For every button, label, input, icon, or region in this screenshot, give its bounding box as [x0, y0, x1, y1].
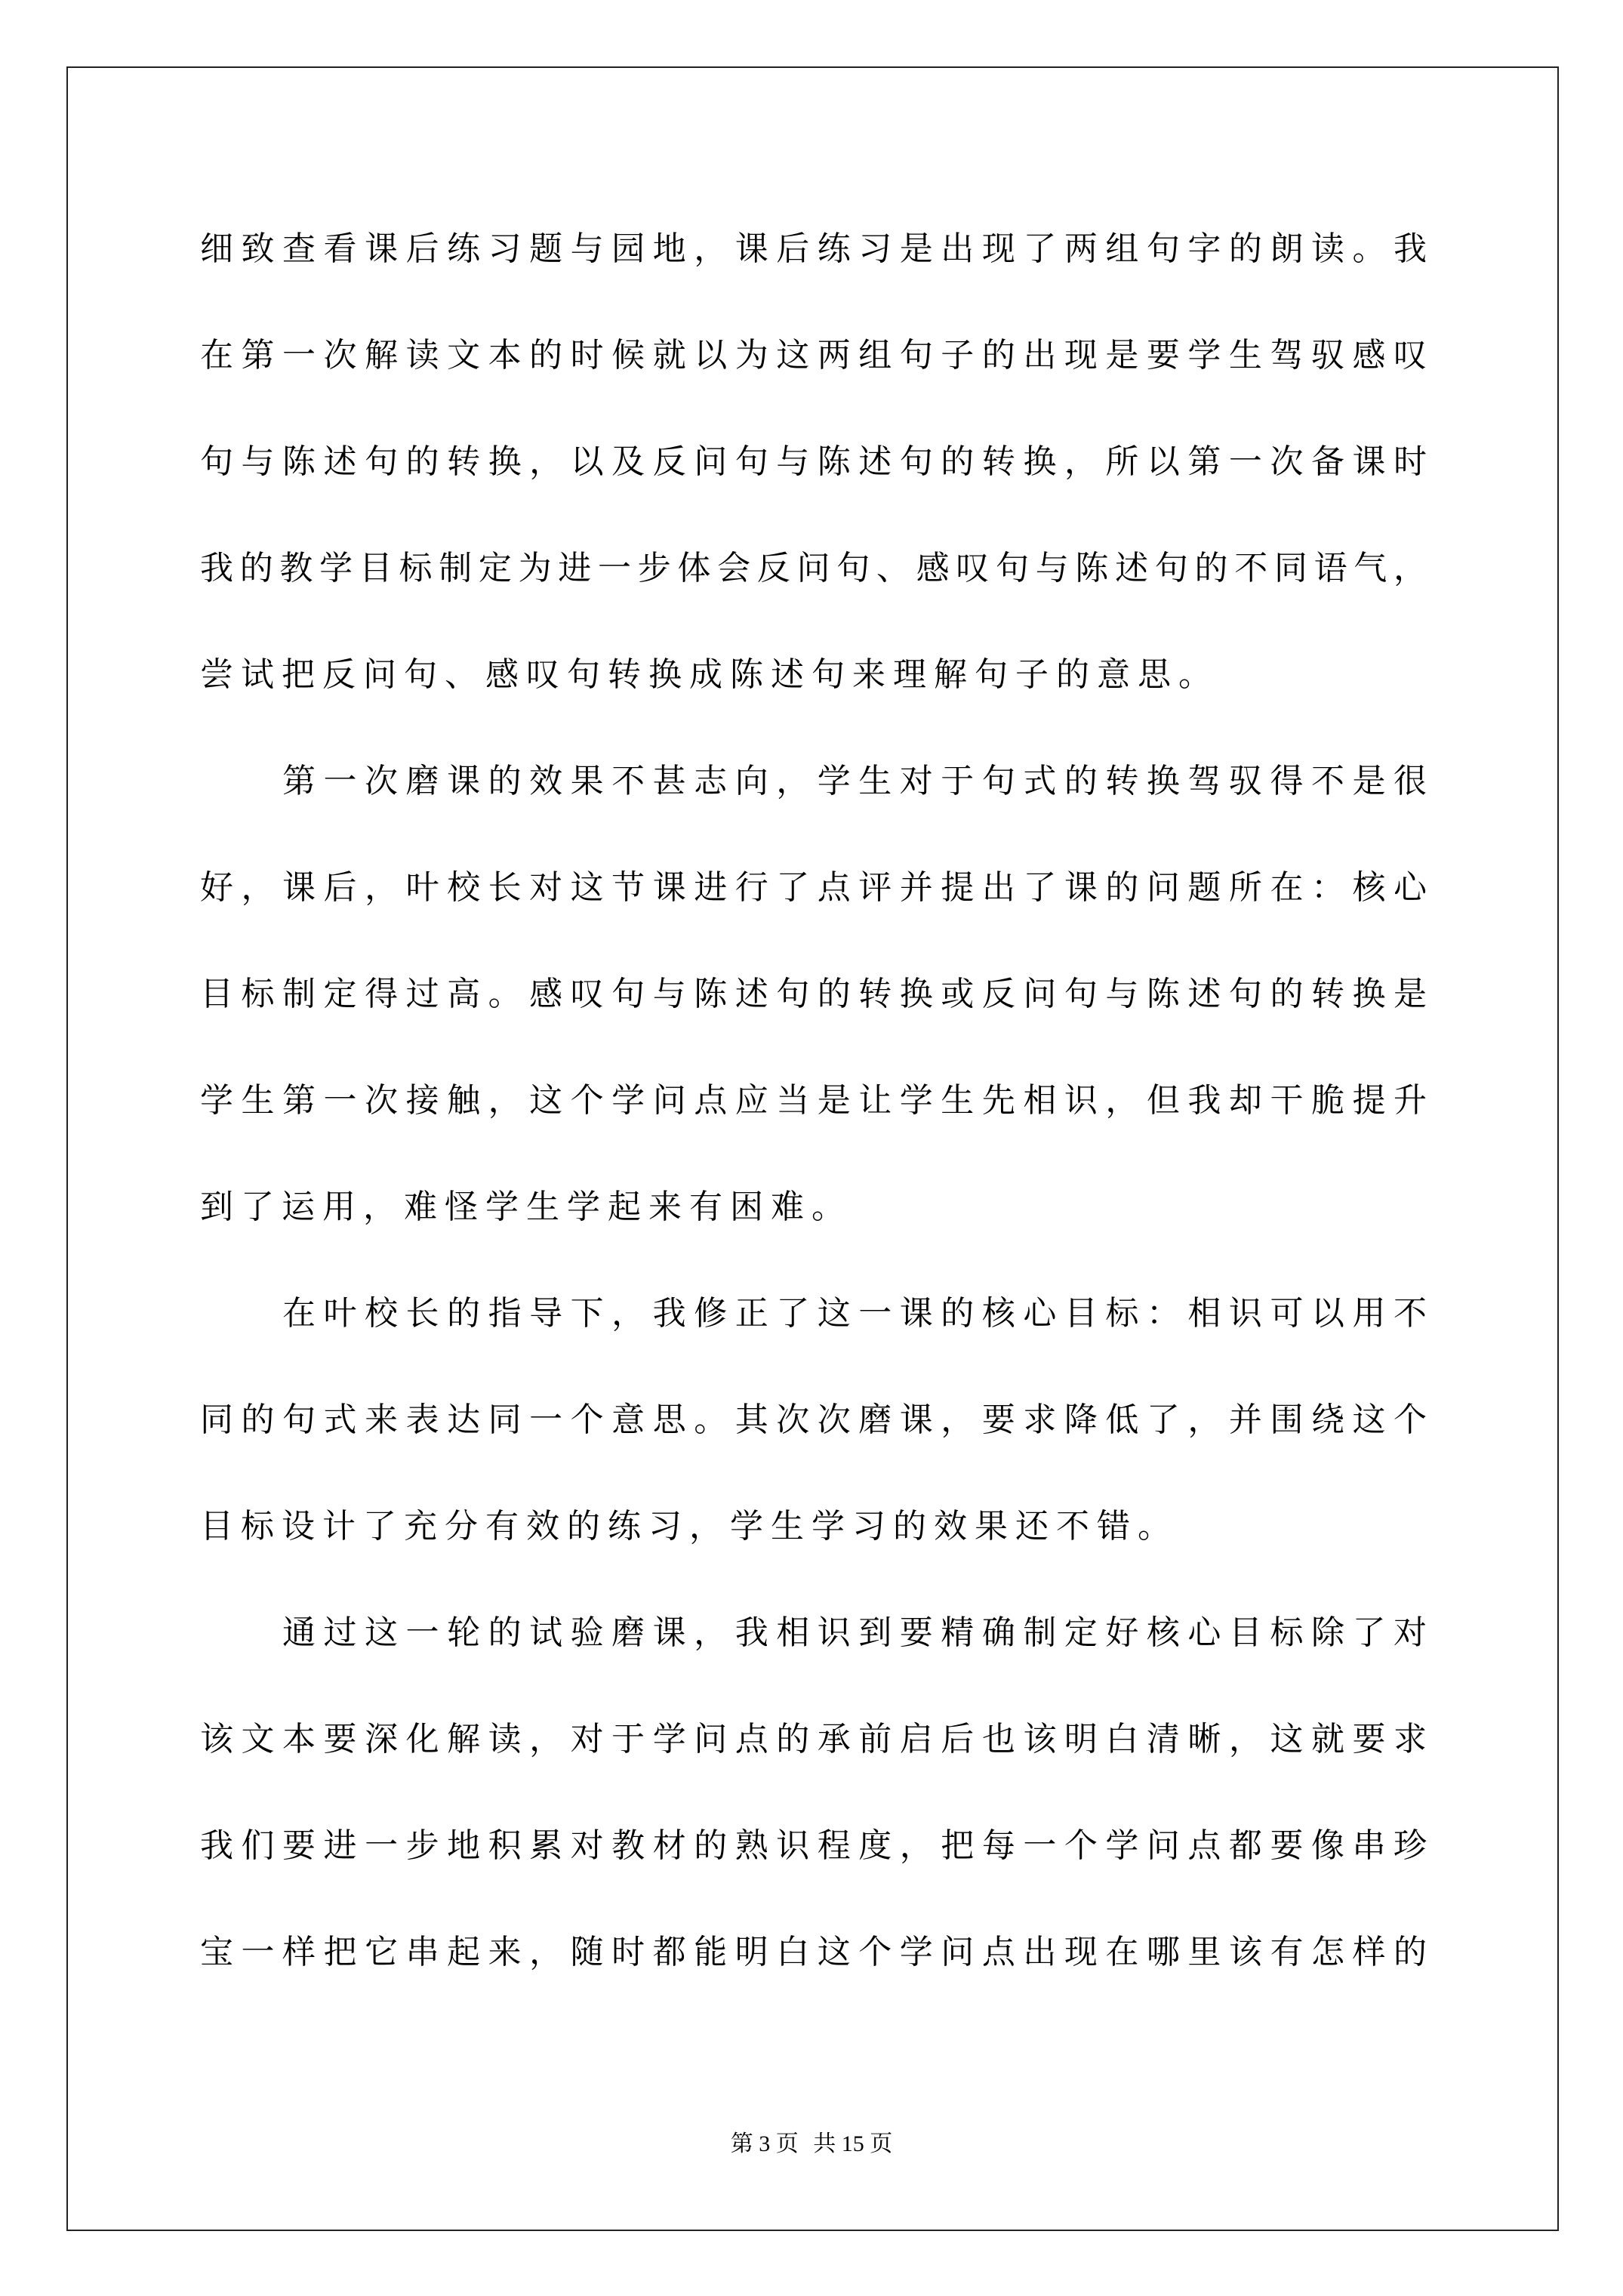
page-footer: 第 3 页 共 15 页	[0, 2131, 1623, 2158]
text-line: 目标设计了充分有效的练习，学生学习的效果还不错。	[200, 1504, 1427, 1549]
text-line: 尝试把反问句、感叹句转换成陈述句来理解句子的意思。	[200, 652, 1427, 698]
page-border	[66, 66, 1559, 2231]
text-line: 同的句式来表达同一个意思。其次次磨课，要求降低了，并围绕这个	[200, 1398, 1427, 1443]
text-line: 我的教学目标制定为进一步体会反问句、感叹句与陈述句的不同语气，	[200, 546, 1427, 591]
text-line: 在第一次解读文本的时候就以为这两组句子的出现是要学生驾驭感叹	[200, 333, 1427, 378]
current-page-label: 第 3 页	[731, 2131, 799, 2156]
text-line: 细致查看课后练习题与园地，课后练习是出现了两组句字的朗读。我	[200, 227, 1427, 272]
text-line: 到了运用，难怪学生学起来有困难。	[200, 1185, 1427, 1230]
text-line: 目标制定得过高。感叹句与陈述句的转换或反问句与陈述句的转换是	[200, 972, 1427, 1017]
text-line: 我们要进一步地积累对教材的熟识程度，把每一个学问点都要像串珍	[200, 1823, 1427, 1869]
text-line: 好，课后，叶校长对这节课进行了点评并提出了课的问题所在：核心	[200, 865, 1427, 911]
text-line: 宝一样把它串起来，随时都能明白这个学问点出现在哪里该有怎样的	[200, 1930, 1427, 1975]
paragraph-start-line: 第一次磨课的效果不甚志向，学生对于句式的转换驾驭得不是很	[200, 759, 1427, 804]
paragraph-start-line: 在叶校长的指导下，我修正了这一课的核心目标：相识可以用不	[200, 1291, 1427, 1336]
text-line: 句与陈述句的转换，以及反问句与陈述句的转换，所以第一次备课时	[200, 439, 1427, 485]
text-line: 该文本要深化解读，对于学问点的承前启后也该明白清晰，这就要求	[200, 1717, 1427, 1762]
total-pages-label: 共 15 页	[813, 2131, 892, 2156]
text-line: 学生第一次接触，这个学问点应当是让学生先相识，但我却干脆提升	[200, 1078, 1427, 1123]
paragraph-start-line: 通过这一轮的试验磨课，我相识到要精确制定好核心目标除了对	[200, 1610, 1427, 1656]
